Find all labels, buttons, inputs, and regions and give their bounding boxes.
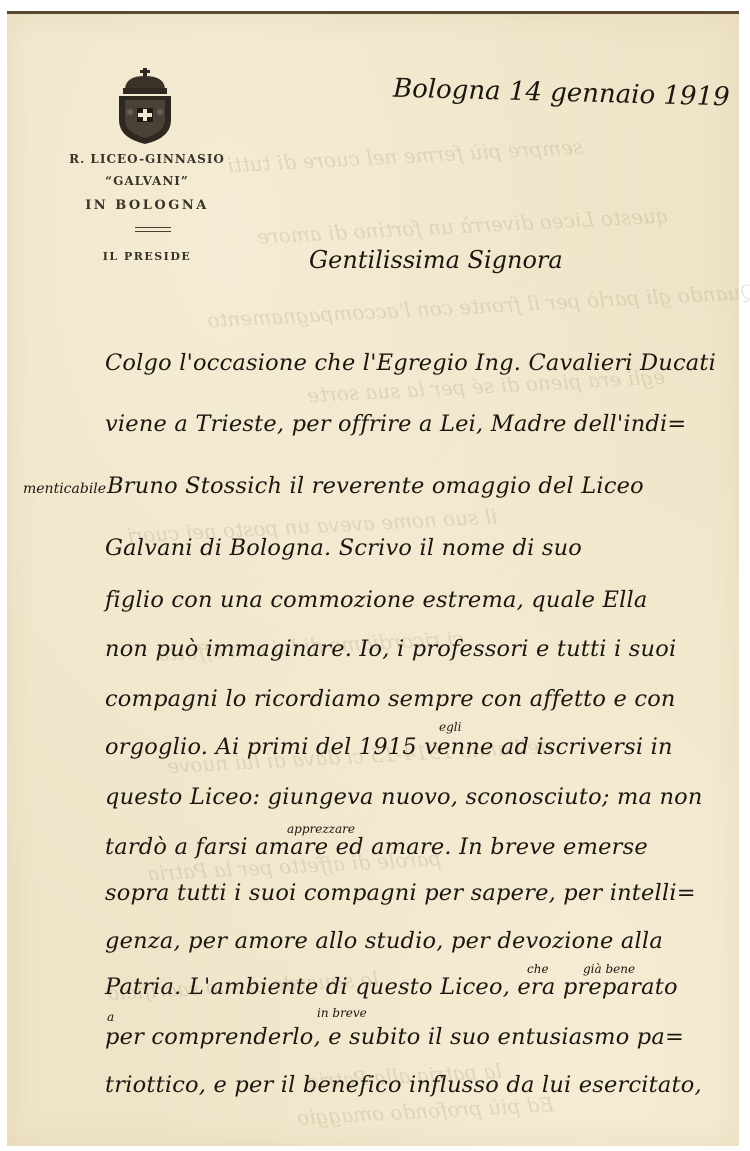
letter-line: genza, per amore allo studio, per devozi… — [105, 928, 663, 954]
royal-coat-of-arms-icon — [111, 68, 179, 144]
insertion-note: a — [107, 1010, 114, 1024]
letter-line: Patria. L'ambiente di questo Liceo, era … — [105, 974, 678, 1000]
bleed-through-text: questo Liceo diverrà un fortino di amore — [257, 203, 669, 249]
bleed-through-text: Quando gli parlò per il fronte con l'acc… — [207, 280, 750, 333]
letter-line: Galvani di Bologna. Scrivo il nome di su… — [105, 535, 582, 561]
letter-salutation: Gentilissima Signora — [309, 246, 563, 274]
letterhead-office: IL PRESIDE — [47, 250, 247, 263]
bleed-through-text: sempre più ferme nel cuore di tutti — [227, 135, 584, 178]
letter-line: sopra tutti i suoi compagni per sapere, … — [105, 880, 696, 906]
letter-line: Colgo l'occasione che l'Egregio Ing. Cav… — [105, 350, 716, 376]
letter-date: Bologna 14 gennaio 1919 — [393, 74, 730, 113]
letter-line: compagni lo ricordiamo sempre con affett… — [105, 686, 676, 712]
insertion-note: in breve — [317, 1006, 367, 1020]
letterhead-divider — [135, 227, 171, 232]
letter-line: per comprenderlo, e subito il suo entusi… — [105, 1024, 684, 1050]
letter-line: tardò a farsi amare ed amare. In breve e… — [105, 834, 648, 860]
letterhead-school-name: R. LICEO-GINNASIO — [47, 152, 247, 166]
letterhead-school-title: “GALVANI” — [47, 174, 247, 188]
letter-line: figlio con una commozione estrema, quale… — [105, 587, 648, 613]
letter-page: sempre più ferme nel cuore di tutti ques… — [7, 11, 739, 1146]
letter-line: questo Liceo: giungeva nuovo, sconosciut… — [105, 784, 703, 810]
letterhead-city: IN BOLOGNA — [47, 198, 247, 213]
margin-note: menticabile — [23, 481, 106, 497]
letter-line: triottico, e per il benefico influsso da… — [105, 1072, 702, 1098]
letter-line: viene a Trieste, per offrire a Lei, Madr… — [105, 411, 686, 437]
insertion-note: egli — [439, 720, 461, 734]
letter-line: Bruno Stossich il reverente omaggio del … — [107, 473, 644, 499]
letter-line: orgoglio. Ai primi del 1915 venne ad isc… — [105, 734, 673, 760]
letter-line: non può immaginare. Io, i professori e t… — [105, 636, 676, 662]
